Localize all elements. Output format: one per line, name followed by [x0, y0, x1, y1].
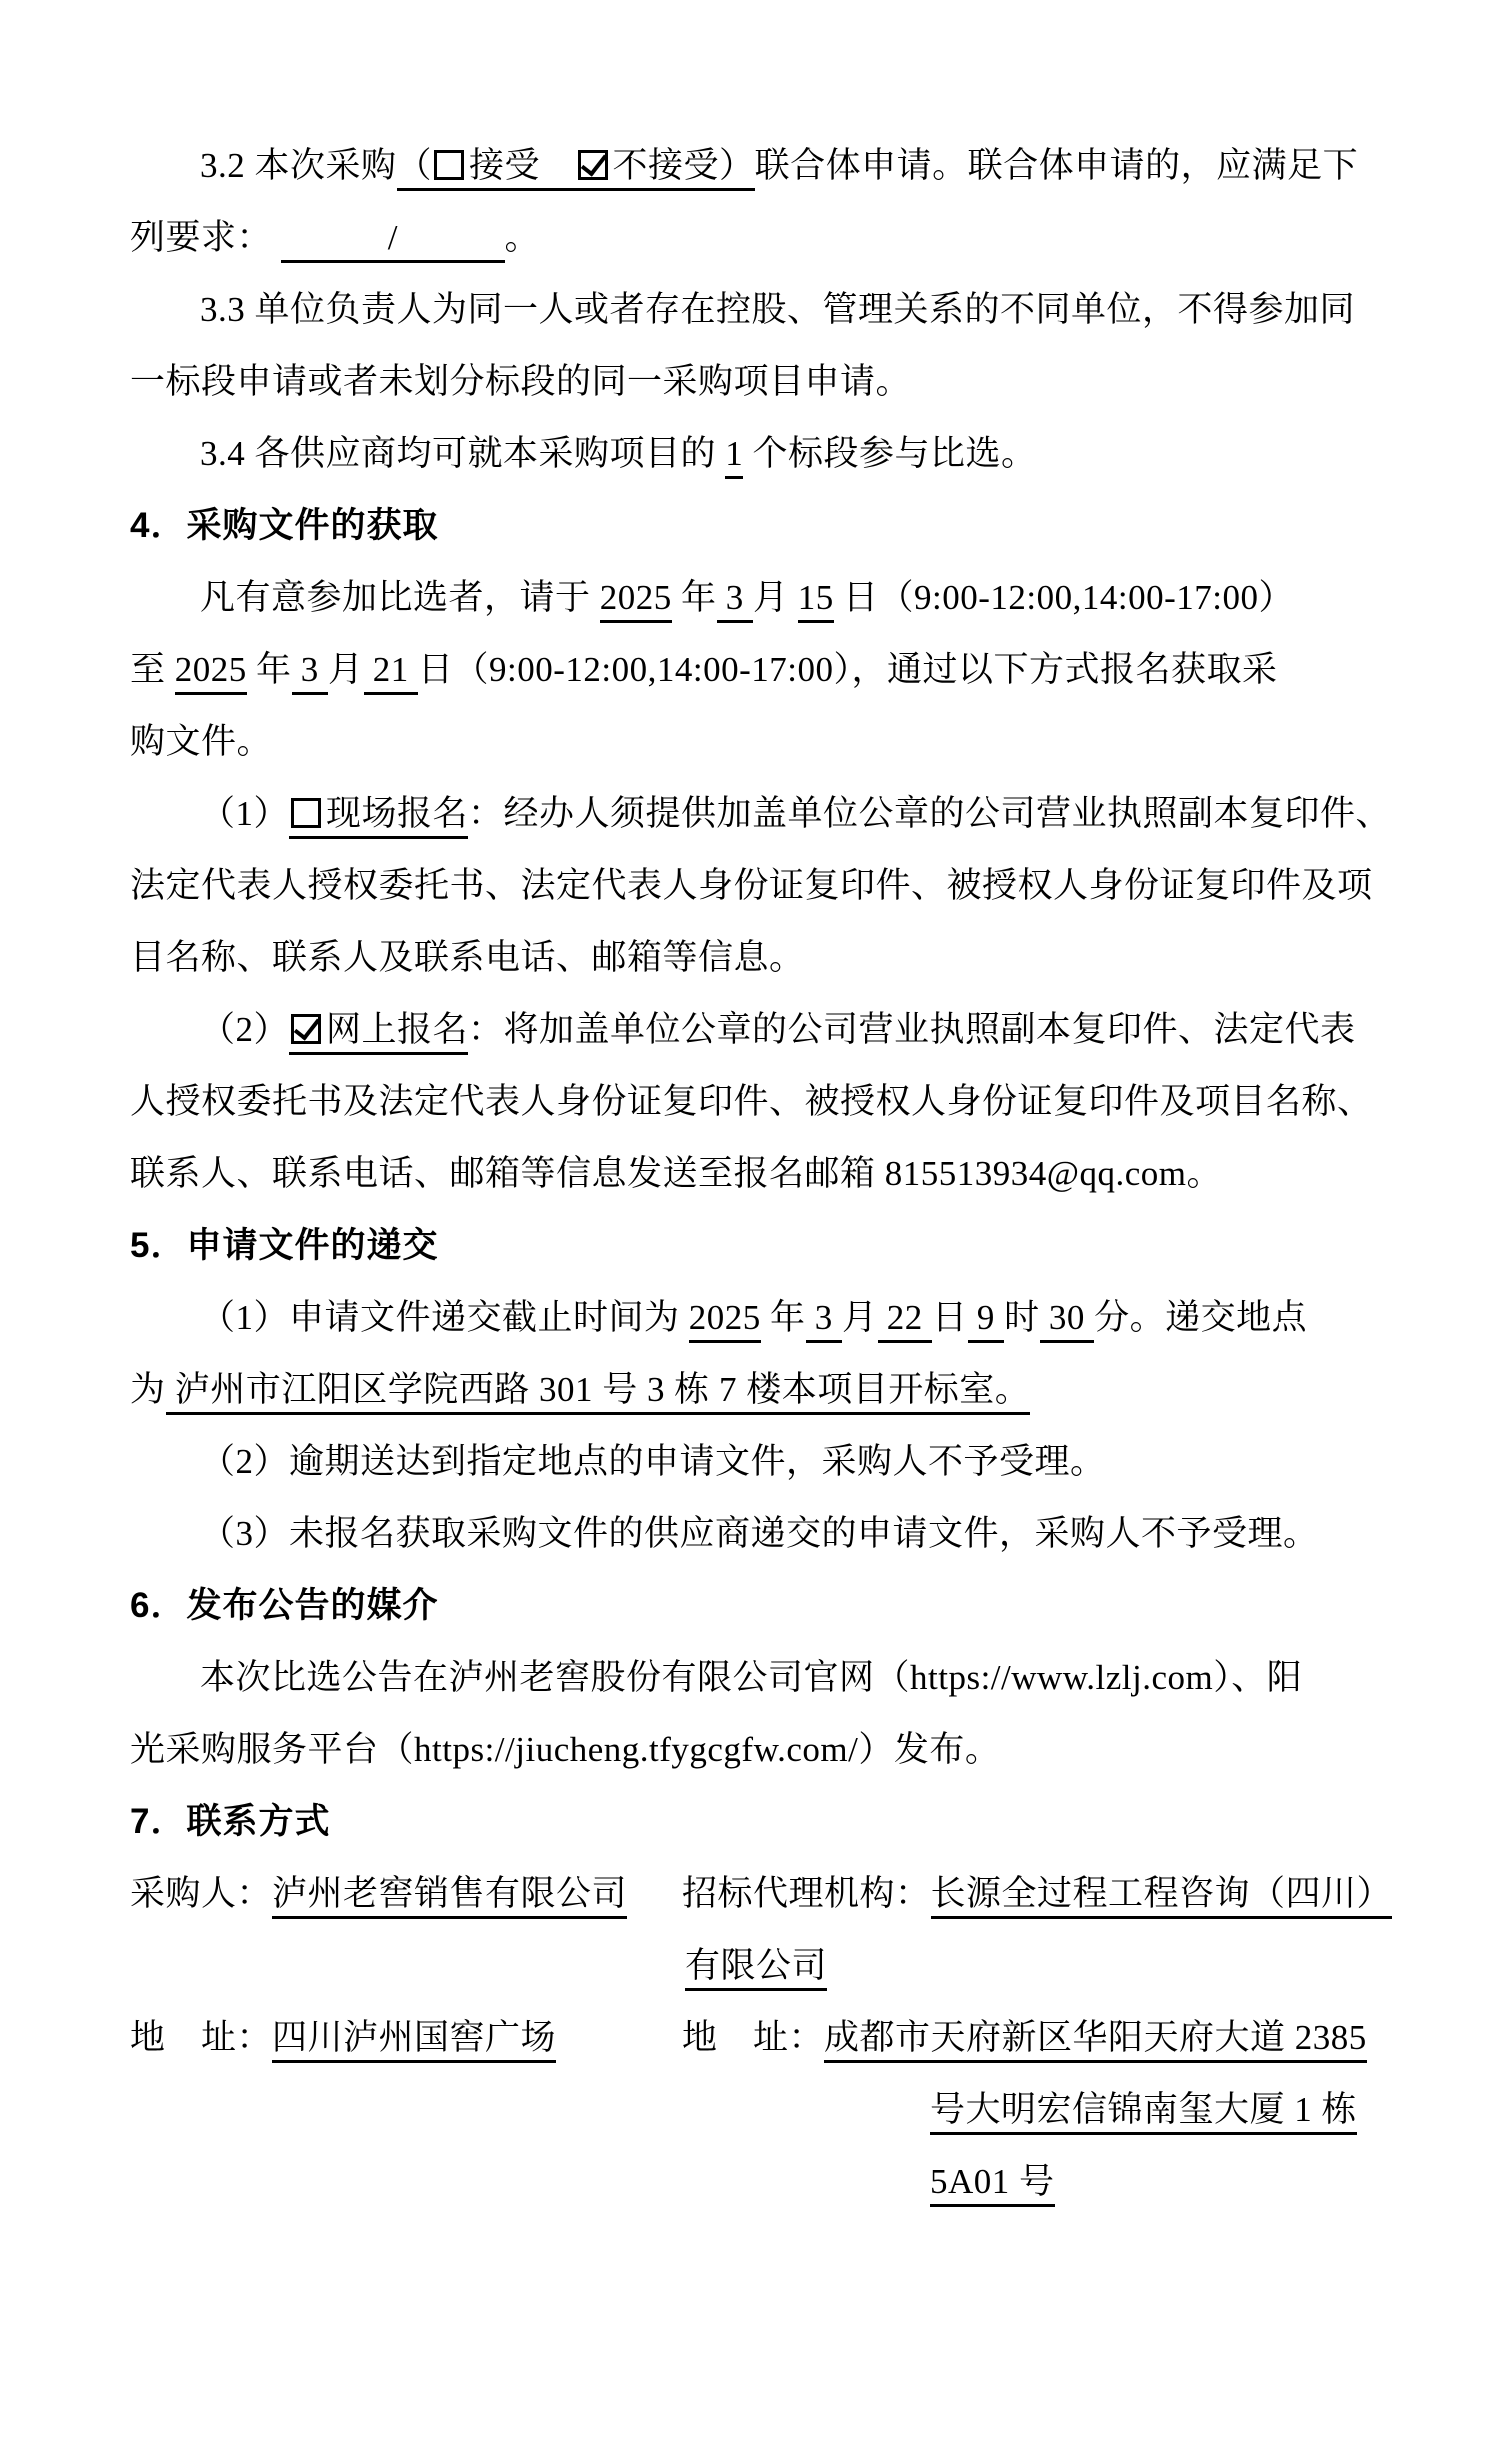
text-run: （1）申请文件递交截止时间为 [200, 1298, 689, 1337]
text-cell: 至 2025 年 3 月 21 日（9:00-12:00,14:00-17:00… [130, 634, 1278, 706]
document-line: 为 泸州市江阳区学院西路 301 号 3 栋 7 楼本项目开标室。 [130, 1354, 1370, 1426]
text-run: 6．发布公告的媒介 [130, 1586, 438, 1625]
text-run: 月 [753, 578, 798, 617]
document-line: 列要求： / 。 [130, 202, 1370, 274]
checkbox-checked-icon [291, 1014, 321, 1044]
text-run: 本次比选公告在泸州老窖股份有限公司官网（https://www.lzlj.com… [200, 1658, 1302, 1697]
text-run: 不接受） [613, 146, 755, 185]
underlined-field: 接受 [469, 146, 576, 191]
checkbox-checked-icon [578, 150, 608, 180]
text-cell: 6．发布公告的媒介 [130, 1570, 438, 1642]
text-run: 日（9:00-12:00,14:00-17:00） [834, 578, 1294, 617]
underlined-field: 网上报名 [326, 1010, 468, 1055]
underlined-field [289, 794, 326, 839]
text-cell: 有限公司 [685, 1930, 827, 2002]
text-cell: 人授权委托书及法定代表人身份证复印件、被授权人身份证复印件及项目名称、 [130, 1066, 1373, 1138]
text-run: 光采购服务平台（https://jiucheng.tfygcgfw.com/）发… [130, 1730, 1000, 1769]
text-run: 为 [130, 1370, 166, 1409]
text-cell: 列要求： / 。 [130, 202, 540, 274]
text-run: 联系人、联系电话、邮箱等信息发送至报名邮箱 815513934@qq.com。 [130, 1154, 1222, 1193]
underlined-field: 泸州市江阳区学院西路 301 号 3 栋 7 楼本项目开标室。 [166, 1370, 1031, 1415]
text-cell: 购文件。 [130, 706, 272, 778]
text-run: 21 [364, 650, 419, 689]
text-run: 购文件。 [130, 722, 272, 761]
text-cell: 一标段申请或者未划分标段的同一采购项目申请。 [130, 346, 911, 418]
text-run: 泸州老窖销售有限公司 [272, 1874, 627, 1913]
text-run: 年 [761, 1298, 806, 1337]
text-cell: 4．采购文件的获取 [130, 490, 438, 562]
text-run: 成都市天府新区华阳天府大道 2385 [824, 2018, 1367, 2057]
text-run: 3.2 本次采购 [200, 146, 397, 185]
text-run: 人授权委托书及法定代表人身份证复印件、被授权人身份证复印件及项目名称、 [130, 1082, 1373, 1121]
underlined-field: 现场报名 [326, 794, 468, 839]
text-run: 2025 [600, 578, 672, 617]
document-line: 地 址：四川泸州国窖广场地 址：成都市天府新区华阳天府大道 2385 [130, 2002, 1370, 2074]
section-heading: 6．发布公告的媒介 [130, 1570, 1370, 1642]
document-line: （1）申请文件递交截止时间为 2025 年 3 月 22 日 9 时 30 分。… [130, 1282, 1370, 1354]
document-body: 3.2 本次采购（接受 不接受）联合体申请。联合体申请的，应满足下列要求： / … [130, 130, 1370, 2218]
document-line: 3.2 本次采购（接受 不接受）联合体申请。联合体申请的，应满足下 [130, 130, 1370, 202]
text-cell: 7．联系方式 [130, 1786, 330, 1858]
text-run: 3 [292, 650, 329, 689]
text-run: 四川泸州国窖广场 [272, 2018, 556, 2057]
text-run: 目名称、联系人及联系电话、邮箱等信息。 [130, 938, 805, 977]
underlined-field: 成都市天府新区华阳天府大道 2385 [824, 2018, 1367, 2063]
document-line: 光采购服务平台（https://jiucheng.tfygcgfw.com/）发… [130, 1714, 1370, 1786]
text-run: / [281, 218, 504, 257]
text-run: 至 [130, 650, 175, 689]
underlined-field [576, 146, 613, 191]
text-cell: （1）申请文件递交截止时间为 2025 年 3 月 22 日 9 时 30 分。… [130, 1282, 1307, 1354]
text-cell: 凡有意参加比选者，请于 2025 年 3 月 15 日（9:00-12:00,1… [130, 562, 1294, 634]
text-cell: 为 泸州市江阳区学院西路 301 号 3 栋 7 楼本项目开标室。 [130, 1354, 1030, 1426]
text-run: 日（9:00-12:00,14:00-17:00），通过以下方式报名获取采 [418, 650, 1277, 689]
text-run: （2）逾期送达到指定地点的申请文件，采购人不予受理。 [200, 1442, 1106, 1481]
document-page: 3.2 本次采购（接受 不接受）联合体申请。联合体申请的，应满足下列要求： / … [0, 0, 1500, 2444]
underlined-field: 1 [725, 434, 743, 479]
document-line: （2）网上报名：将加盖单位公章的公司营业执照副本复印件、法定代表 [130, 994, 1370, 1066]
document-line: 5A01 号 [130, 2146, 1370, 2218]
text-run: 长源全过程工程咨询（四川） [931, 1874, 1393, 1913]
document-line: （1）现场报名：经办人须提供加盖单位公章的公司营业执照副本复印件、 [130, 778, 1370, 850]
text-run: 日 [932, 1298, 968, 1337]
text-run: 7．联系方式 [130, 1802, 330, 1841]
underlined-field: 5A01 号 [930, 2162, 1055, 2207]
document-line: 采购人：泸州老窖销售有限公司招标代理机构：长源全过程工程咨询（四川） [130, 1858, 1370, 1930]
text-run: （3）未报名获取采购文件的供应商递交的申请文件，采购人不予受理。 [200, 1514, 1319, 1553]
text-cell: （3）未报名获取采购文件的供应商递交的申请文件，采购人不予受理。 [130, 1498, 1319, 1570]
section-heading: 7．联系方式 [130, 1786, 1370, 1858]
text-cell: 招标代理机构：长源全过程工程咨询（四川） [682, 1858, 1392, 1930]
text-run: 年 [247, 650, 292, 689]
text-cell: 法定代表人授权委托书、法定代表人身份证复印件、被授权人身份证复印件及项 [130, 850, 1373, 922]
document-line: 目名称、联系人及联系电话、邮箱等信息。 [130, 922, 1370, 994]
text-cell: 光采购服务平台（https://jiucheng.tfygcgfw.com/）发… [130, 1714, 1000, 1786]
underlined-field: 四川泸州国窖广场 [272, 2018, 556, 2063]
text-run: 现场报名 [326, 794, 468, 833]
text-run: 22 [878, 1298, 933, 1337]
document-line: 凡有意参加比选者，请于 2025 年 3 月 15 日（9:00-12:00,1… [130, 562, 1370, 634]
text-cell: （1）现场报名：经办人须提供加盖单位公章的公司营业执照副本复印件、 [130, 778, 1391, 850]
text-run: 时 [1004, 1298, 1040, 1337]
text-run: 30 [1040, 1298, 1095, 1337]
text-run: 2025 [175, 650, 247, 689]
underlined-field: 不接受） [613, 146, 755, 191]
underlined-field: 3 [717, 578, 754, 623]
text-run: ：经办人须提供加盖单位公章的公司营业执照副本复印件、 [468, 794, 1391, 833]
text-run: 月 [328, 650, 364, 689]
underlined-field: 泸州老窖销售有限公司 [272, 1874, 627, 1919]
text-run: 地 址： [682, 2018, 824, 2057]
text-run: 接受 [469, 146, 576, 185]
text-run: 联合体申请。联合体申请的，应满足下 [755, 146, 1359, 185]
text-cell: 地 址：成都市天府新区华阳天府大道 2385 [682, 2002, 1367, 2074]
text-cell: 号大明宏信锦南玺大厦 1 栋 [930, 2074, 1357, 2146]
text-run: （2） [200, 1010, 289, 1049]
text-cell: 联系人、联系电话、邮箱等信息发送至报名邮箱 815513934@qq.com。 [130, 1138, 1222, 1210]
text-run: 3 [717, 578, 754, 617]
text-run: 泸州市江阳区学院西路 301 号 3 栋 7 楼本项目开标室。 [166, 1370, 1031, 1409]
section-heading: 4．采购文件的获取 [130, 490, 1370, 562]
underlined-field [289, 1010, 326, 1055]
text-cell: 5A01 号 [930, 2146, 1055, 2218]
text-run: ：将加盖单位公章的公司营业执照副本复印件、法定代表 [468, 1010, 1356, 1049]
text-run: 2025 [689, 1298, 761, 1337]
underlined-field: 15 [798, 578, 834, 623]
document-line: （3）未报名获取采购文件的供应商递交的申请文件，采购人不予受理。 [130, 1498, 1370, 1570]
document-line: 号大明宏信锦南玺大厦 1 栋 [130, 2074, 1370, 2146]
text-run: 采购人： [130, 1874, 272, 1913]
underlined-field: 2025 [175, 650, 247, 695]
text-run: 地 址： [130, 2018, 272, 2057]
text-run: 4．采购文件的获取 [130, 506, 438, 545]
document-line: 法定代表人授权委托书、法定代表人身份证复印件、被授权人身份证复印件及项 [130, 850, 1370, 922]
text-cell: （2）网上报名：将加盖单位公章的公司营业执照副本复印件、法定代表 [130, 994, 1356, 1066]
text-run: 1 [725, 434, 743, 473]
text-cell: 5．申请文件的递交 [130, 1210, 438, 1282]
text-cell: 目名称、联系人及联系电话、邮箱等信息。 [130, 922, 805, 994]
underlined-field [432, 146, 469, 191]
text-run: 一标段申请或者未划分标段的同一采购项目申请。 [130, 362, 911, 401]
text-cell: （2）逾期送达到指定地点的申请文件，采购人不予受理。 [130, 1426, 1106, 1498]
text-run: 9 [968, 1298, 1005, 1337]
document-line: 联系人、联系电话、邮箱等信息发送至报名邮箱 815513934@qq.com。 [130, 1138, 1370, 1210]
checkbox-unchecked-icon [291, 798, 321, 828]
text-run: 15 [798, 578, 834, 617]
document-line: 一标段申请或者未划分标段的同一采购项目申请。 [130, 346, 1370, 418]
underlined-field: （ [397, 146, 433, 191]
underlined-field: 3 [806, 1298, 843, 1343]
text-run: 法定代表人授权委托书、法定代表人身份证复印件、被授权人身份证复印件及项 [130, 866, 1373, 905]
text-run: 5．申请文件的递交 [130, 1226, 438, 1265]
text-run: 月 [842, 1298, 878, 1337]
text-run: 个标段参与比选。 [743, 434, 1036, 473]
text-run: 号大明宏信锦南玺大厦 1 栋 [930, 2090, 1357, 2129]
underlined-field: 9 [968, 1298, 1005, 1343]
text-run: 年 [672, 578, 717, 617]
text-run: 5A01 号 [930, 2162, 1055, 2201]
text-run: 。 [505, 218, 541, 257]
underlined-field: / [281, 218, 504, 263]
text-cell: 3.3 单位负责人为同一人或者存在控股、管理关系的不同单位，不得参加同 [130, 274, 1355, 346]
underlined-field: 2025 [600, 578, 672, 623]
document-line: 3.3 单位负责人为同一人或者存在控股、管理关系的不同单位，不得参加同 [130, 274, 1370, 346]
text-run: 3.3 单位负责人为同一人或者存在控股、管理关系的不同单位，不得参加同 [200, 290, 1355, 329]
text-cell: 3.4 各供应商均可就本采购项目的 1 个标段参与比选。 [130, 418, 1037, 490]
text-run: 招标代理机构： [682, 1874, 931, 1913]
text-run: 分。递交地点 [1094, 1298, 1307, 1337]
underlined-field: 长源全过程工程咨询（四川） [931, 1874, 1393, 1919]
underlined-field: 3 [292, 650, 329, 695]
text-run: 列要求： [130, 218, 281, 257]
text-run: （1） [200, 794, 289, 833]
underlined-field: 号大明宏信锦南玺大厦 1 栋 [930, 2090, 1357, 2135]
underlined-field: 有限公司 [685, 1946, 827, 1991]
document-line: 至 2025 年 3 月 21 日（9:00-12:00,14:00-17:00… [130, 634, 1370, 706]
document-line: （2）逾期送达到指定地点的申请文件，采购人不予受理。 [130, 1426, 1370, 1498]
text-run: 凡有意参加比选者，请于 [200, 578, 600, 617]
text-run: 有限公司 [685, 1946, 827, 1985]
document-line: 有限公司 [130, 1930, 1370, 2002]
text-run: （ [397, 146, 433, 185]
underlined-field: 22 [878, 1298, 933, 1343]
document-line: 本次比选公告在泸州老窖股份有限公司官网（https://www.lzlj.com… [130, 1642, 1370, 1714]
section-heading: 5．申请文件的递交 [130, 1210, 1370, 1282]
checkbox-unchecked-icon [434, 150, 464, 180]
underlined-field: 2025 [689, 1298, 761, 1343]
text-run: 网上报名 [326, 1010, 468, 1049]
document-line: 3.4 各供应商均可就本采购项目的 1 个标段参与比选。 [130, 418, 1370, 490]
document-line: 人授权委托书及法定代表人身份证复印件、被授权人身份证复印件及项目名称、 [130, 1066, 1370, 1138]
text-cell: 3.2 本次采购（接受 不接受）联合体申请。联合体申请的，应满足下 [130, 130, 1358, 202]
text-run: 3.4 各供应商均可就本采购项目的 [200, 434, 725, 473]
text-cell: 本次比选公告在泸州老窖股份有限公司官网（https://www.lzlj.com… [130, 1642, 1302, 1714]
document-line: 购文件。 [130, 706, 1370, 778]
underlined-field: 30 [1040, 1298, 1095, 1343]
text-cell: 采购人：泸州老窖销售有限公司 [130, 1858, 627, 1930]
underlined-field: 21 [364, 650, 419, 695]
text-run: 3 [806, 1298, 843, 1337]
text-cell: 地 址：四川泸州国窖广场 [130, 2002, 556, 2074]
